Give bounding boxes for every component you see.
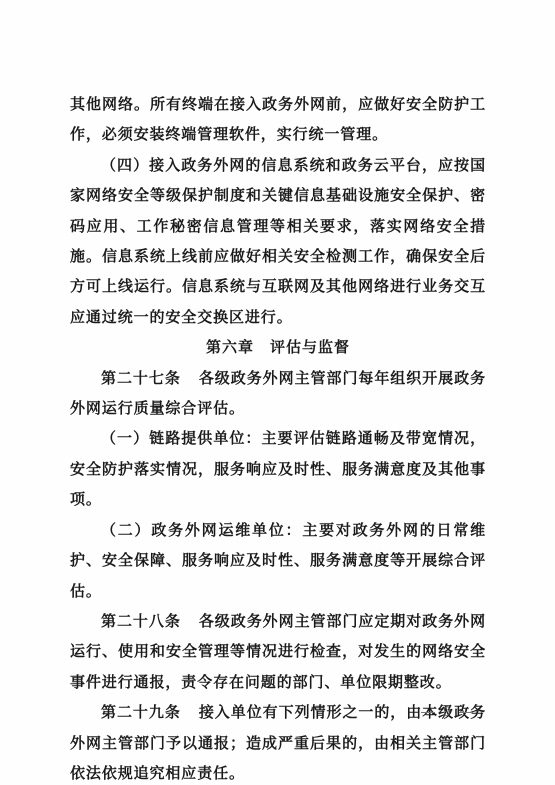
article-27: 第二十七条各级政务外网主管部门每年组织开展政务外网运行质量综合评估。 (70, 363, 486, 424)
document-page: 其他网络。所有终端在接入政务外网前，应做好安全防护工作，必须安装终端管理软件，实… (0, 0, 555, 785)
dash-left (421, 712, 435, 713)
article-28: 第二十八条各级政务外网主管部门应定期对政务外网运行、使用和安全管理等情况进行检查… (70, 606, 486, 697)
article-27-item-2: （二）政务外网运维单位：主要对政务外网的日常维护、安全保障、服务响应及时性、服务… (70, 515, 486, 606)
article-number: 第二十九条 (101, 703, 181, 721)
body-text: 其他网络。所有终端在接入政务外网前，应做好安全防护工作，必须安装终端管理软件，实… (70, 89, 486, 785)
article-27-item-1: （一）链路提供单位：主要评估链路通畅及带宽情况，安全防护落实情况，服务响应及时性… (70, 423, 486, 514)
page-number-value: 9 (443, 704, 451, 720)
page-number: 9 (412, 704, 482, 721)
chapter-heading: 第六章评估与监督 (70, 332, 486, 362)
chapter-title: 评估与监督 (270, 338, 350, 356)
chapter-number: 第六章 (206, 338, 254, 356)
paragraph-network-terminals: 其他网络。所有终端在接入政务外网前，应做好安全防护工作，必须安装终端管理软件，实… (70, 89, 486, 150)
article-number: 第二十七条 (101, 369, 181, 387)
dash-right (459, 712, 473, 713)
paragraph-item-4: （四）接入政务外网的信息系统和政务云平台，应按国家网络安全等级保护制度和关键信息… (70, 150, 486, 332)
article-number: 第二十八条 (101, 612, 181, 630)
